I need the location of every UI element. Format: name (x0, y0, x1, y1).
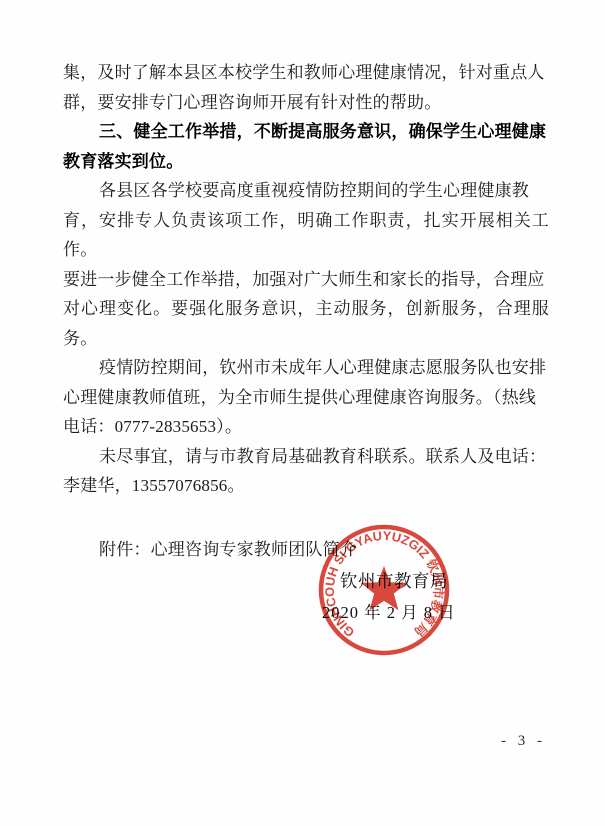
body-line: 未尽事宜，请与市教育局基础教育科联系。联系人及电话： (63, 442, 549, 472)
contact-line: 李建华，13557076856。 (63, 471, 549, 501)
section-heading: 教育落实到位。 (63, 147, 549, 177)
seal-star-icon (361, 566, 408, 610)
body-line: 要进一步健全工作举措，加强对广大师生和家长的指导，合理应 (63, 265, 549, 295)
document-page: 集，及时了解本县区本校学生和教师心理健康情况，针对重点人 群，要安排专门心理咨询… (0, 0, 605, 826)
body-line: 集，及时了解本县区本校学生和教师心理健康情况，针对重点人 (63, 58, 549, 88)
page-number: - 3 - (501, 733, 546, 750)
body-line: 各县区各学校要高度重视疫情防控期间的学生心理健康教 (63, 176, 549, 206)
official-seal: GINHCOUH SI GYAUYUZGIZ 钦州市教育局 (314, 520, 454, 660)
body-line: 疫情防控期间，钦州市未成年人心理健康志愿服务队也安排 (63, 353, 549, 383)
section-heading: 三、健全工作举措，不断提高服务意识，确保学生心理健康 (63, 117, 549, 147)
body-line: 对心理变化。要强化服务意识，主动服务，创新服务，合理服务。 (63, 294, 549, 353)
body-line: 群，要安排专门心理咨询师开展有针对性的帮助。 (63, 88, 549, 118)
body-line: 育，安排专人负责该项工作，明确工作职责，扎实开展相关工作。 (63, 206, 549, 265)
document-body: 集，及时了解本县区本校学生和教师心理健康情况，针对重点人 群，要安排专门心理咨询… (63, 58, 549, 564)
attachment-line: 附件：心理咨询专家教师团队简介 (63, 535, 549, 565)
body-line: 心理健康教师值班，为全市师生提供心理健康咨询服务。（热线 (63, 383, 549, 413)
hotline-line: 电话：0777-2835653）。 (63, 412, 549, 442)
